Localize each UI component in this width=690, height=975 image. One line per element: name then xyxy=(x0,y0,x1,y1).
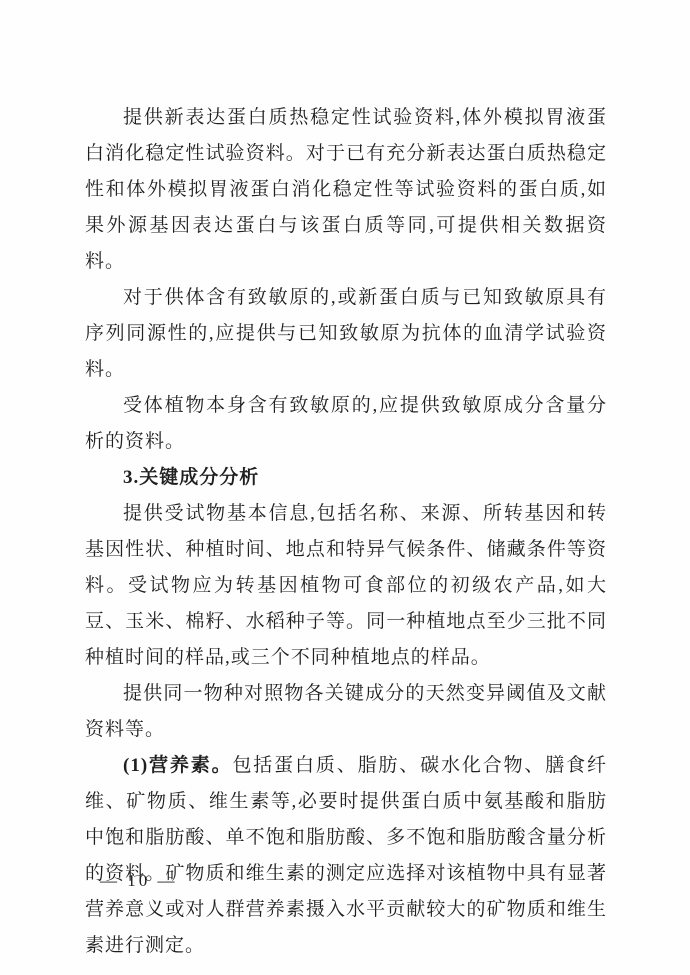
paragraph-protein-stability: 提供新表达蛋白质热稳定性试验资料,体外模拟胃液蛋白消化稳定性试验资料。对于已有充… xyxy=(85,100,607,280)
page-body: 提供新表达蛋白质热稳定性试验资料,体外模拟胃液蛋白消化稳定性试验资料。对于已有充… xyxy=(85,100,607,964)
nutrients-lead-label: (1)营养素。 xyxy=(123,755,232,776)
paragraph-allergen-serology: 对于供体含有致敏原的,或新蛋白质与已知致敏原具有序列同源性的,应提供与已知致敏原… xyxy=(85,280,607,388)
nutrients-body-text: 包括蛋白质、脂肪、碳水化合物、膳食纤维、矿物质、维生素等,必要时提供蛋白质中氨基… xyxy=(85,755,607,956)
paragraph-test-material-info: 提供受试物基本信息,包括名称、来源、所转基因和转基因性状、种植时间、地点和特异气… xyxy=(85,496,607,676)
paragraph-recipient-allergen: 受体植物本身含有致敏原的,应提供致敏原成分含量分析的资料。 xyxy=(85,388,607,460)
section-heading-key-component-analysis: 3.关键成分分析 xyxy=(85,460,607,496)
document-page: 提供新表达蛋白质热稳定性试验资料,体外模拟胃液蛋白消化稳定性试验资料。对于已有充… xyxy=(0,0,690,975)
paragraph-natural-variation-threshold: 提供同一物种对照物各关键成分的天然变异阈值及文献资料等。 xyxy=(85,676,607,748)
page-number: — 10 — xyxy=(100,869,178,893)
paragraph-nutrients: (1)营养素。包括蛋白质、脂肪、碳水化合物、膳食纤维、矿物质、维生素等,必要时提… xyxy=(85,748,607,964)
